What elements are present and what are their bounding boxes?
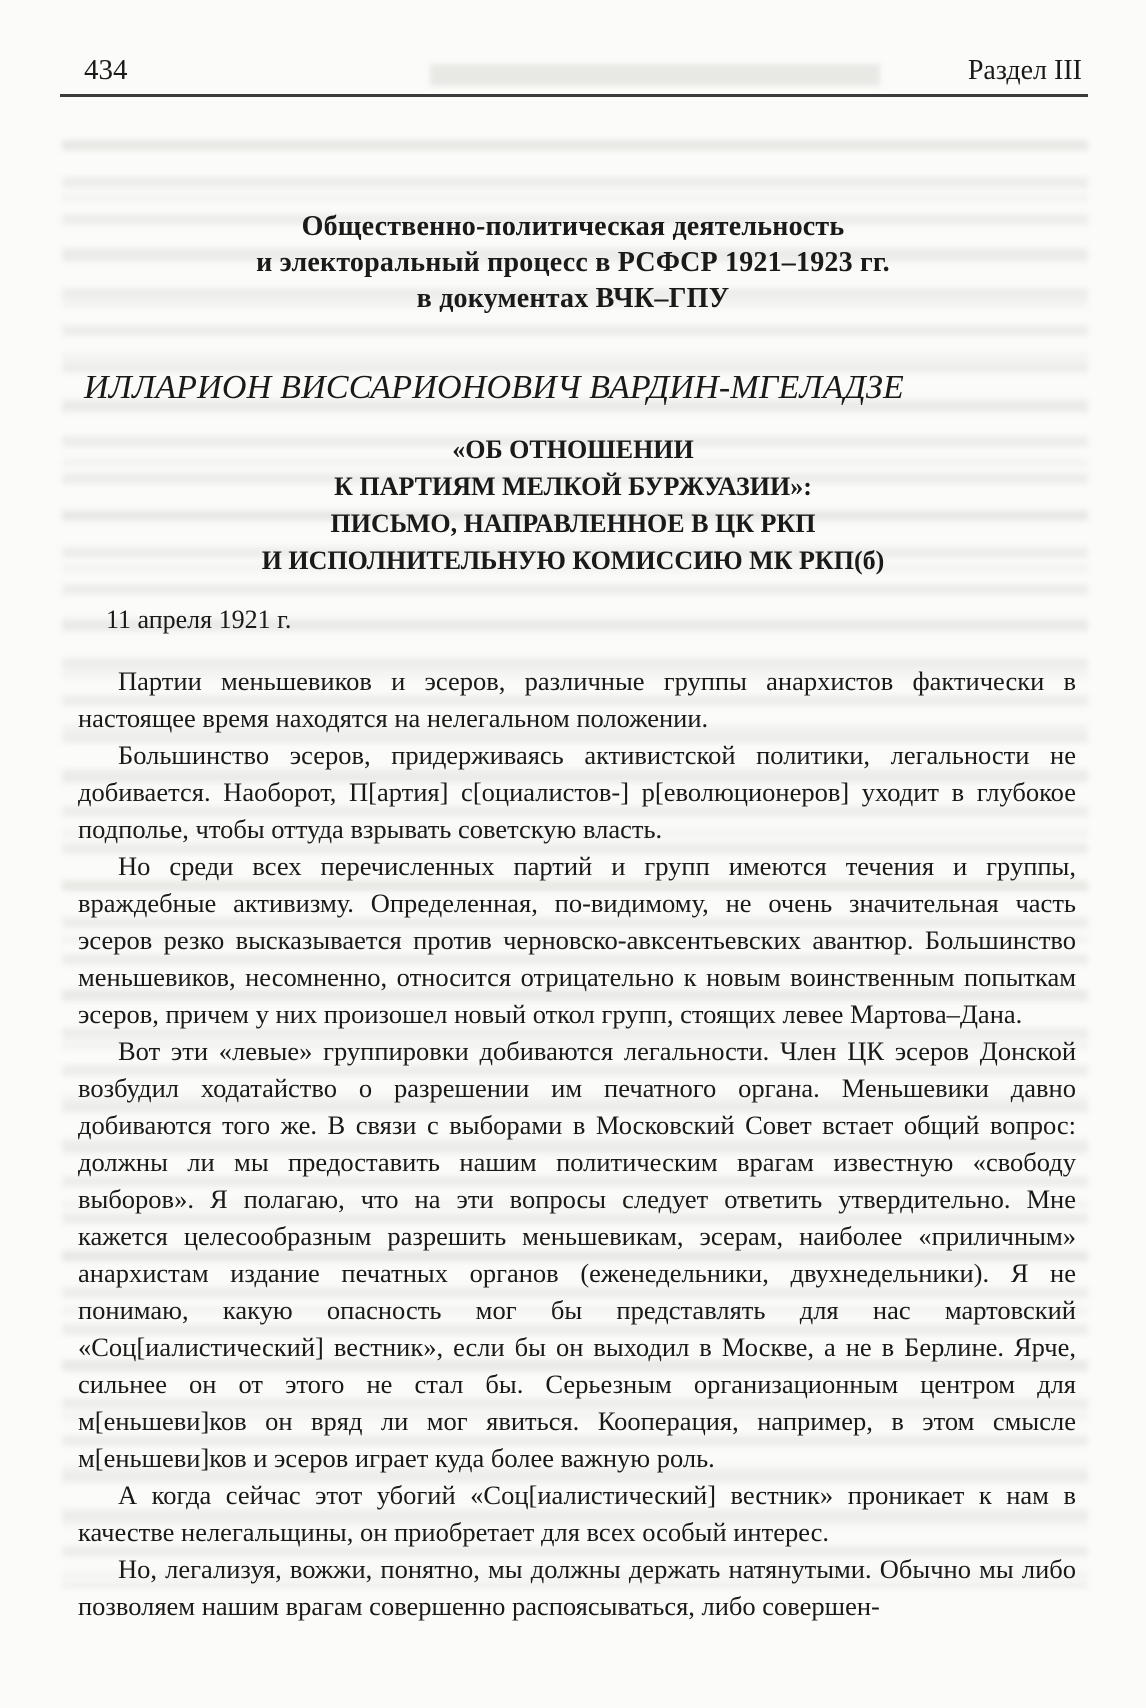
chapter-heading: Общественно-политическая деятельность и … xyxy=(0,209,1146,317)
paragraph: Партии меньшевиков и эсеров, различные г… xyxy=(78,663,1076,737)
chapter-heading-line: Общественно-политическая деятельность xyxy=(0,209,1146,245)
page-content: 434 Раздел III Общественно-политическая … xyxy=(0,0,1146,1625)
document-title: «ОБ ОТНОШЕНИИ К ПАРТИЯМ МЕЛКОЙ БУРЖУАЗИИ… xyxy=(0,431,1146,579)
document-title-line: «ОБ ОТНОШЕНИИ xyxy=(0,431,1146,468)
paragraph: А когда сейчас этот убогий «Соц[иалистич… xyxy=(78,1477,1076,1551)
document-title-line: И ИСПОЛНИТЕЛЬНУЮ КОМИССИЮ МК РКП(б) xyxy=(0,542,1146,579)
document-title-line: К ПАРТИЯМ МЕЛКОЙ БУРЖУАЗИИ»: xyxy=(0,468,1146,505)
page-number: 434 xyxy=(84,54,128,87)
document-title-line: ПИСЬМО, НАПРАВЛЕННОЕ В ЦК РКП xyxy=(0,505,1146,542)
document-date: 11 апреля 1921 г. xyxy=(106,605,1146,635)
paragraph: Но, легализуя, вожжи, понятно, мы должны… xyxy=(78,1551,1076,1625)
paragraph: Но среди всех перечисленных партий и гру… xyxy=(78,848,1076,1033)
chapter-heading-line: в документах ВЧК–ГПУ xyxy=(0,281,1146,317)
paragraph: Большинство эсеров, придерживаясь активи… xyxy=(78,737,1076,848)
document-body: Партии меньшевиков и эсеров, различные г… xyxy=(78,663,1076,1625)
chapter-heading-line: и электоральный процесс в РСФСР 1921–192… xyxy=(0,245,1146,281)
section-label: Раздел III xyxy=(968,55,1082,87)
header-rule xyxy=(60,94,1088,97)
book-page: 434 Раздел III Общественно-политическая … xyxy=(0,0,1146,1708)
paragraph: Вот эти «левые» группировки добиваются л… xyxy=(78,1033,1076,1477)
running-head: 434 Раздел III xyxy=(0,0,1146,87)
document-author: ИЛЛАРИОН ВИССАРИОНОВИЧ ВАРДИН-МГЕЛАДЗЕ xyxy=(84,369,1086,407)
